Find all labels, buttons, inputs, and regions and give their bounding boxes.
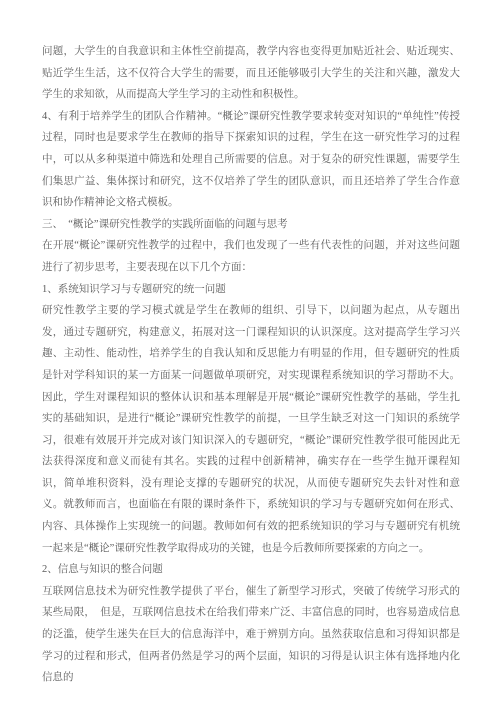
subheading-1-system-knowledge: 1、系统知识学习与专题研究的统一问题 [42, 279, 460, 301]
paragraph-continuation: 问题，大学生的自我意识和主体性空前提高，教学内容也变得更加贴近社会、贴近现实、贴… [42, 41, 460, 106]
subheading-2-information-integration: 2、信息与知识的整合问题 [42, 559, 460, 581]
section-heading-three: 三、 “概论”课研究性教学的实践所面临的问题与思考 [42, 214, 460, 236]
paragraph-information-integration-body: 互联网信息技术为研究性教学提供了平台，催生了新型学习形式，突破了传统学习形式的某… [42, 581, 460, 689]
document-page: 问题，大学生的自我意识和主体性空前提高，教学内容也变得更加贴近社会、贴近现实、贴… [0, 0, 500, 707]
document-text-block: 问题，大学生的自我意识和主体性空前提高，教学内容也变得更加贴近社会、贴近现实、贴… [42, 41, 460, 689]
paragraph-system-knowledge-body: 研究性教学主要的学习模式就是学生在教师的组织、引导下，以问题为起点，从专题出发，… [42, 300, 460, 559]
paragraph-section-intro: 在开展“概论”课研究性教学的过程中，我们也发现了一些有代表性的问题，并对这些问题… [42, 235, 460, 278]
paragraph-point-4-team-spirit: 4、有利于培养学生的团队合作精神。“概论”课研究性教学要求转变对知识的“单纯性”… [42, 106, 460, 214]
